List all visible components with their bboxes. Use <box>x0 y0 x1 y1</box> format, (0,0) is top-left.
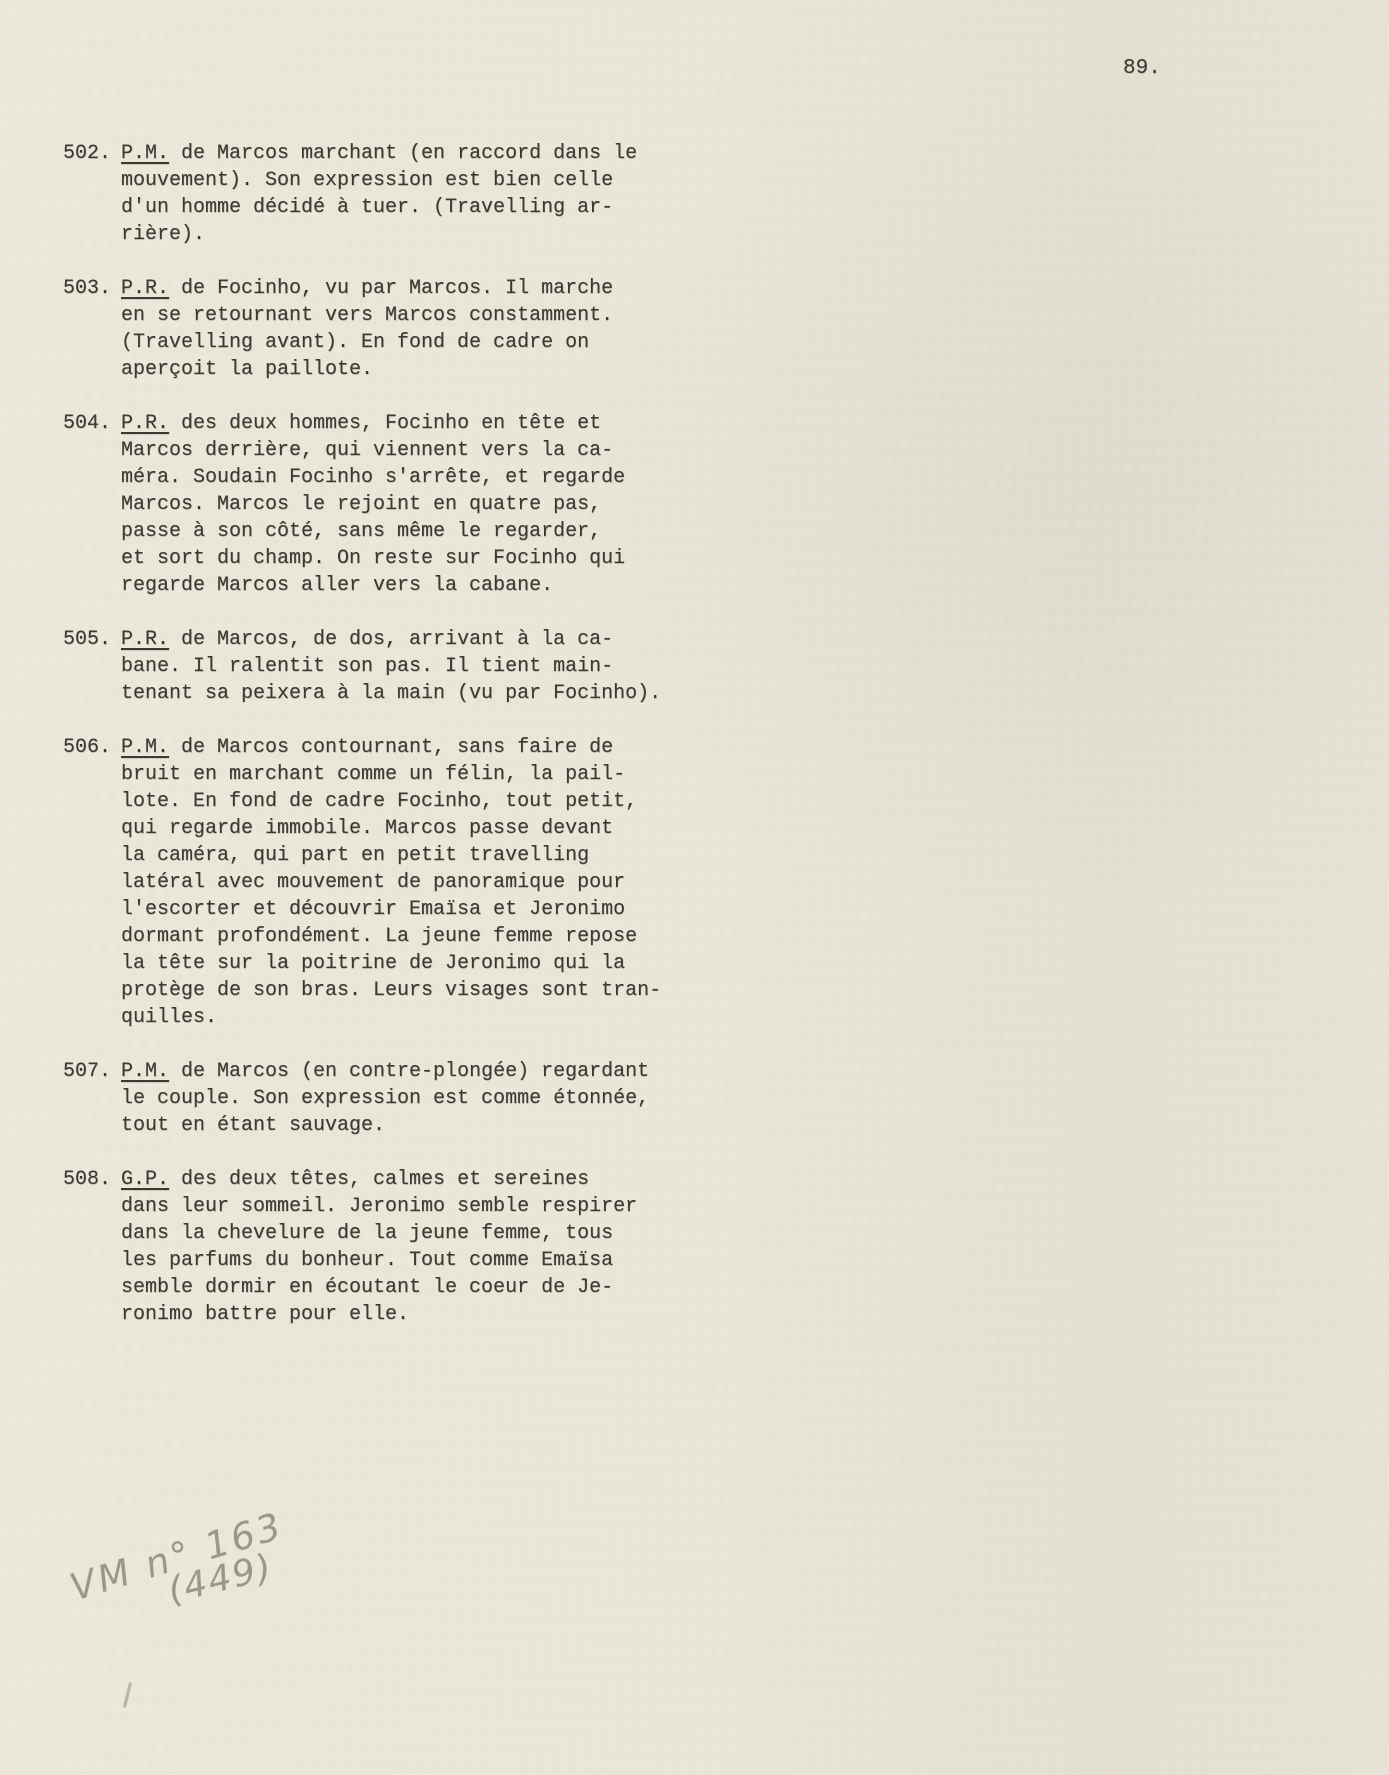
scanned-page: 89. 502. P.M. de Marcos marchant (en rac… <box>0 0 1389 1775</box>
shot-line: qui regarde immobile. Marcos passe devan… <box>121 815 763 842</box>
handwritten-annotation: VM n° 163 (449) <box>65 1492 336 1643</box>
shot-type-abbreviation: P.R. <box>121 412 169 435</box>
shot-number: 507. <box>63 1058 121 1139</box>
shot-line: l'escorter et découvrir Emaïsa et Jeroni… <box>121 896 763 923</box>
shot-entry: 507. P.M. de Marcos (en contre-plongée) … <box>63 1058 763 1139</box>
shot-line: G.P. des deux têtes, calmes et sereines <box>121 1166 763 1193</box>
shot-line: dans la chevelure de la jeune femme, tou… <box>121 1220 763 1247</box>
shot-line: dans leur sommeil. Jeronimo semble respi… <box>121 1193 763 1220</box>
shot-first-line-rest: de Marcos marchant (en raccord dans le <box>169 142 637 165</box>
shot-line: d'un homme décidé à tuer. (Travelling ar… <box>121 194 763 221</box>
shot-line: latéral avec mouvement de panoramique po… <box>121 869 763 896</box>
shot-entry: 505. P.R. de Marcos, de dos, arrivant à … <box>63 626 763 707</box>
shot-number: 504. <box>63 410 121 599</box>
shot-line: tenant sa peixera à la main (vu par Foci… <box>121 680 763 707</box>
shot-description: P.M. de Marcos contournant, sans faire d… <box>121 734 763 1031</box>
shot-first-line-rest: de Focinho, vu par Marcos. Il marche <box>169 277 613 300</box>
shot-line: lote. En fond de cadre Focinho, tout pet… <box>121 788 763 815</box>
shot-type-abbreviation: P.M. <box>121 1060 169 1083</box>
shot-description: P.M. de Marcos marchant (en raccord dans… <box>121 140 763 248</box>
shot-type-abbreviation: P.R. <box>121 628 169 651</box>
shot-description: P.M. de Marcos (en contre-plongée) regar… <box>121 1058 763 1139</box>
shot-number: 506. <box>63 734 121 1031</box>
shot-line: protège de son bras. Leurs visages sont … <box>121 977 763 1004</box>
shot-number: 502. <box>63 140 121 248</box>
shot-entry: 503. P.R. de Focinho, vu par Marcos. Il … <box>63 275 763 383</box>
shot-line: P.M. de Marcos marchant (en raccord dans… <box>121 140 763 167</box>
shot-line: P.R. de Marcos, de dos, arrivant à la ca… <box>121 626 763 653</box>
shot-number: 503. <box>63 275 121 383</box>
shot-entry: 502. P.M. de Marcos marchant (en raccord… <box>63 140 763 248</box>
shot-line: la tête sur la poitrine de Jeronimo qui … <box>121 950 763 977</box>
shot-number: 508. <box>63 1166 121 1328</box>
shot-line: mouvement). Son expression est bien cell… <box>121 167 763 194</box>
shot-entry: 506. P.M. de Marcos contournant, sans fa… <box>63 734 763 1031</box>
shot-description: P.R. des deux hommes, Focinho en tête et… <box>121 410 763 599</box>
shot-description: P.R. de Marcos, de dos, arrivant à la ca… <box>121 626 763 707</box>
shot-line: P.R. de Focinho, vu par Marcos. Il march… <box>121 275 763 302</box>
shot-line: Marcos. Marcos le rejoint en quatre pas, <box>121 491 763 518</box>
page-number: 89. <box>1123 57 1161 80</box>
shot-line: ronimo battre pour elle. <box>121 1301 763 1328</box>
shot-line: P.R. des deux hommes, Focinho en tête et <box>121 410 763 437</box>
shot-entry: 504. P.R. des deux hommes, Focinho en tê… <box>63 410 763 599</box>
shot-line: méra. Soudain Focinho s'arrête, et regar… <box>121 464 763 491</box>
shot-line: et sort du champ. On reste sur Focinho q… <box>121 545 763 572</box>
shot-type-abbreviation: P.M. <box>121 142 169 165</box>
shot-number: 505. <box>63 626 121 707</box>
shot-line: regarde Marcos aller vers la cabane. <box>121 572 763 599</box>
shot-type-abbreviation: P.R. <box>121 277 169 300</box>
shot-line: P.M. de Marcos (en contre-plongée) regar… <box>121 1058 763 1085</box>
shot-description: G.P. des deux têtes, calmes et sereines … <box>121 1166 763 1328</box>
shot-line: les parfums du bonheur. Tout comme Emaïs… <box>121 1247 763 1274</box>
shot-list: 502. P.M. de Marcos marchant (en raccord… <box>63 140 763 1355</box>
shot-line: en se retournant vers Marcos constamment… <box>121 302 763 329</box>
shot-line: aperçoit la paillote. <box>121 356 763 383</box>
shot-line: P.M. de Marcos contournant, sans faire d… <box>121 734 763 761</box>
shot-type-abbreviation: P.M. <box>121 736 169 759</box>
shot-first-line-rest: de Marcos (en contre-plongée) regardant <box>169 1060 649 1083</box>
shot-line: bruit en marchant comme un félin, la pai… <box>121 761 763 788</box>
shot-line: le couple. Son expression est comme éton… <box>121 1085 763 1112</box>
shot-line: (Travelling avant). En fond de cadre on <box>121 329 763 356</box>
shot-first-line-rest: des deux hommes, Focinho en tête et <box>169 412 601 435</box>
shot-type-abbreviation: G.P. <box>121 1168 169 1191</box>
shot-first-line-rest: de Marcos contournant, sans faire de <box>169 736 613 759</box>
shot-line: tout en étant sauvage. <box>121 1112 763 1139</box>
shot-first-line-rest: des deux têtes, calmes et sereines <box>169 1168 589 1191</box>
shot-description: P.R. de Focinho, vu par Marcos. Il march… <box>121 275 763 383</box>
shot-line: la caméra, qui part en petit travelling <box>121 842 763 869</box>
shot-line: Marcos derrière, qui viennent vers la ca… <box>121 437 763 464</box>
shot-line: bane. Il ralentit son pas. Il tient main… <box>121 653 763 680</box>
shot-line: passe à son côté, sans même le regarder, <box>121 518 763 545</box>
shot-entry: 508. G.P. des deux têtes, calmes et sere… <box>63 1166 763 1328</box>
shot-line: semble dormir en écoutant le coeur de Je… <box>121 1274 763 1301</box>
shot-line: dormant profondément. La jeune femme rep… <box>121 923 763 950</box>
shot-line: quilles. <box>121 1004 763 1031</box>
shot-line: rière). <box>121 221 763 248</box>
pencil-stroke-mark <box>123 1682 132 1708</box>
shot-first-line-rest: de Marcos, de dos, arrivant à la ca- <box>169 628 613 651</box>
